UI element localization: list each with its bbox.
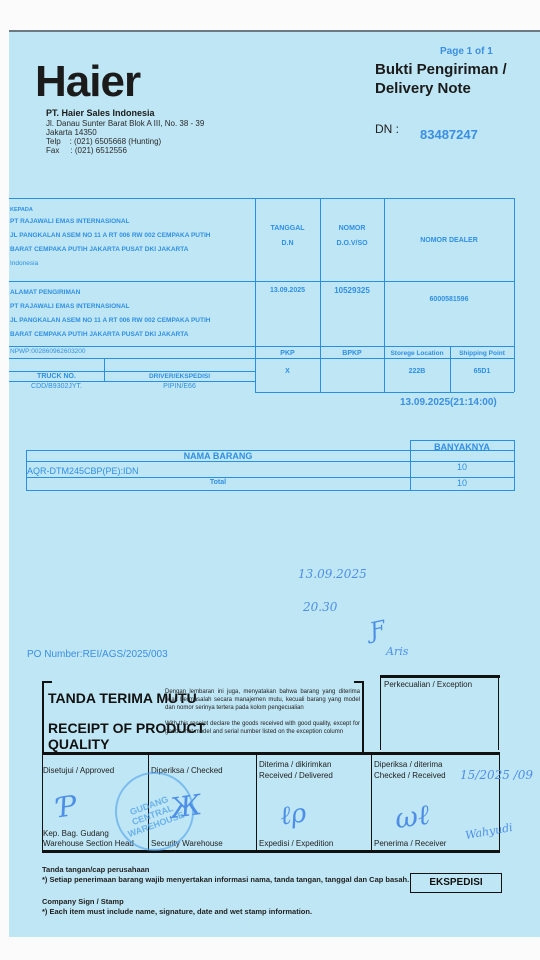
sig-received-label-1: Diperiksa / diterima <box>374 760 442 770</box>
dn-label: DN : <box>375 122 399 136</box>
handwritten-date: 13.09.2025 <box>298 567 367 581</box>
recipient-name: PT RAJAWALI EMAS INTERNASIONAL <box>10 216 130 228</box>
company-address: Jl. Danau Sunter Barat Blok A III, No. 3… <box>46 119 204 128</box>
shipping-label: ALAMAT PENGIRIMAN <box>10 287 80 299</box>
po-number: PO Number:REI/AGS/2025/003 <box>27 649 168 660</box>
haier-logo: Haier <box>35 60 140 104</box>
col-nomor-sub: D.O.V/SO <box>320 240 384 247</box>
col-bpkp: BPKP <box>320 350 384 357</box>
col-truck: TRUCK NO. <box>9 373 104 380</box>
copy-label-ekspedisi: EKSPEDISI <box>410 873 502 893</box>
shipping-address-2: BARAT CEMPAKA PUTIH JAKARTA PUSAT DKI JA… <box>10 329 188 341</box>
quality-desc-id: Dengan lembaran ini juga, menyatakan bah… <box>165 688 360 712</box>
quality-title-en-2: QUALITY <box>48 736 109 752</box>
handwritten-receiver-date: 15/2025 /09 <box>460 768 533 782</box>
footer-note-en: *) Each item must include name, signatur… <box>42 907 312 916</box>
recipient-address-2: BARAT CEMPAKA PUTIH JAKARTA PUSAT DKI JA… <box>10 244 188 256</box>
doc-title-line1: Bukti Pengiriman / <box>375 60 507 79</box>
item-name: AQR-DTM245CBP(PE):IDN <box>27 466 139 476</box>
sig-delivered-role: Expedisi / Expedition <box>259 839 333 849</box>
sig-received-role: Penerima / Receiver <box>374 839 446 849</box>
val-nomor: 10529325 <box>320 286 384 295</box>
handwritten-sign-name: Aris <box>386 645 408 658</box>
print-timestamp: 13.09.2025(21:14:00) <box>400 397 497 408</box>
sig-received-label-2: Checked / Received <box>374 771 446 781</box>
recipient-address-1: JL PANGKALAN ASEM NO 11 A RT 006 RW 002 … <box>10 230 210 242</box>
signature-receiver: ωℓ <box>393 798 432 836</box>
val-dealer: 6000581596 <box>384 296 514 303</box>
items-total-qty: 10 <box>410 478 514 488</box>
val-truck: CDD/B9302JYT. <box>9 383 104 390</box>
company-telp: Telp : (021) 6505668 (Hunting) <box>46 137 161 146</box>
company-name: PT. Haier Sales Indonesia <box>46 108 155 118</box>
col-nomor: NOMOR <box>320 225 384 232</box>
items-total-label: Total <box>26 479 410 486</box>
shipping-address-1: JL PANGKALAN ASEM NO 11 A RT 006 RW 002 … <box>10 315 210 327</box>
sig-delivered-label-1: Diterima / dikirimkan <box>259 760 331 770</box>
item-qty: 10 <box>410 462 514 472</box>
sig-approved-role-2: Warehouse Section Head <box>43 839 134 849</box>
signature-checked: Ж <box>168 788 204 825</box>
recipient-country: Indonesia <box>10 258 38 270</box>
col-tanggal-sub: D.N <box>255 240 320 247</box>
val-shipping-point: 65D1 <box>450 368 514 375</box>
footer-company-sign-id: Tanda tangan/cap perusahaan <box>42 865 149 874</box>
npwp: NPWP:002860962603200 <box>10 346 86 358</box>
sig-delivered-label-2: Received / Delivered <box>259 771 333 781</box>
val-driver: PIPIN/E66 <box>104 383 255 390</box>
sig-approved-label: Disetujui / Approved <box>43 766 114 776</box>
val-storage: 222B <box>384 368 450 375</box>
handwritten-time: 20.30 <box>303 600 337 614</box>
company-fax: Fax : (021) 6512556 <box>46 146 127 155</box>
col-dealer: NOMOR DEALER <box>384 237 514 244</box>
quality-desc-en: With this receipt declare the goods rece… <box>165 720 360 736</box>
col-driver: DRIVER/EKSPEDISI <box>104 373 255 380</box>
footer-note-id: *) Setiap penerimaan barang wajib menyer… <box>42 875 409 884</box>
col-tanggal: TANGGAL <box>255 225 320 232</box>
val-tanggal: 13.09.2025 <box>255 287 320 294</box>
exception-label: Perkecualian / Exception <box>384 680 474 690</box>
company-city: Jakarta 14350 <box>46 128 97 137</box>
dn-number: 83487247 <box>420 127 478 142</box>
kepada-label: KEPADA <box>10 204 33 216</box>
sig-approved-role-1: Kep. Bag. Gudang <box>43 829 109 839</box>
doc-title-line2: Delivery Note <box>375 79 471 98</box>
signature-delivered: ℓρ <box>278 798 308 831</box>
col-storage: Storege Location <box>384 350 450 357</box>
items-header-name: NAMA BARANG <box>26 451 410 461</box>
col-pkp: PKP <box>255 350 320 357</box>
page-indicator: Page 1 of 1 <box>440 46 493 57</box>
items-header-qty: BANYAKNYA <box>410 442 514 452</box>
col-shipping-point: Shipping Point <box>450 350 514 357</box>
shipping-name: PT RAJAWALI EMAS INTERNASIONAL <box>10 301 130 313</box>
footer-company-sign-en: Company Sign / Stamp <box>42 897 124 906</box>
val-pkp: X <box>255 368 320 375</box>
